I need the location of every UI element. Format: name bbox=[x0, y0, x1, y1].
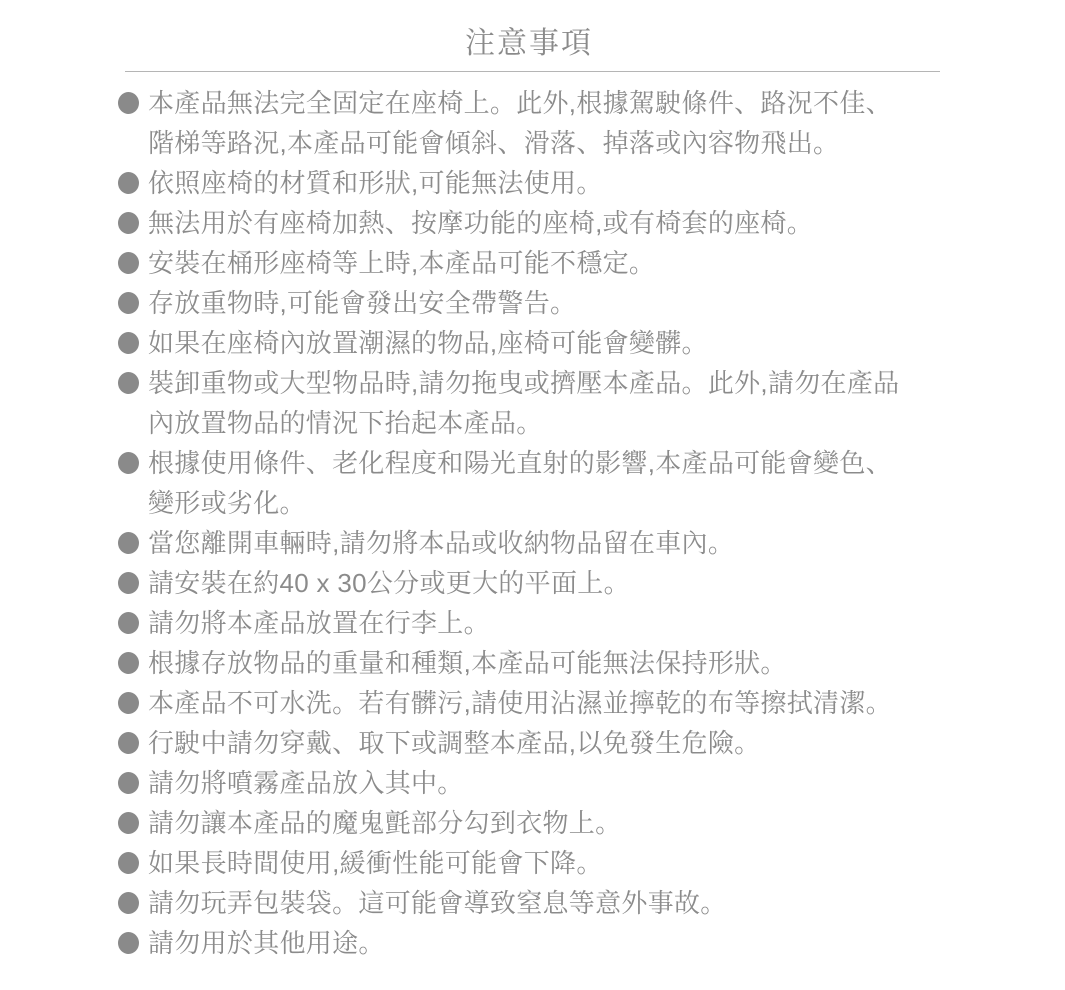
list-item-text: 根據存放物品的重量和種類,本產品可能無法保持形狀。 bbox=[148, 643, 913, 683]
bullet-icon bbox=[118, 523, 148, 563]
list-item-text: 本產品不可水洗。若有髒污,請使用沾濕並擰乾的布等擦拭清潔。 bbox=[148, 683, 913, 723]
title-divider bbox=[125, 71, 940, 72]
list-item-text: 裝卸重物或大型物品時,請勿拖曳或擠壓本產品。此外,請勿在產品內放置物品的情況下抬… bbox=[148, 363, 913, 443]
bullet-icon bbox=[118, 643, 148, 683]
bullet-icon bbox=[118, 723, 148, 763]
list-item-text: 請勿將本產品放置在行李上。 bbox=[148, 603, 913, 643]
list-item-text: 行駛中請勿穿戴、取下或調整本產品,以免發生危險。 bbox=[148, 723, 913, 763]
list-item: 請勿玩弄包裝袋。這可能會導致窒息等意外事故。 bbox=[118, 883, 913, 923]
list-item: 本產品無法完全固定在座椅上。此外,根據駕駛條件、路況不佳、階梯等路況,本產品可能… bbox=[118, 83, 913, 163]
bullet-icon bbox=[118, 443, 148, 483]
bullet-icon bbox=[118, 883, 148, 923]
list-item-text: 請勿讓本產品的魔鬼氈部分勾到衣物上。 bbox=[148, 803, 913, 843]
bullet-icon bbox=[118, 763, 148, 803]
list-item: 請勿用於其他用途。 bbox=[118, 923, 913, 963]
list-item: 請勿讓本產品的魔鬼氈部分勾到衣物上。 bbox=[118, 803, 913, 843]
bullet-icon bbox=[118, 683, 148, 723]
precautions-list: 本產品無法完全固定在座椅上。此外,根據駕駛條件、路況不佳、階梯等路況,本產品可能… bbox=[118, 83, 913, 963]
bullet-icon bbox=[118, 283, 148, 323]
list-item-text: 請勿用於其他用途。 bbox=[148, 923, 913, 963]
list-item: 依照座椅的材質和形狀,可能無法使用。 bbox=[118, 163, 913, 203]
list-item-text: 根據使用條件、老化程度和陽光直射的影響,本產品可能會變色、變形或劣化。 bbox=[148, 443, 913, 523]
bullet-icon bbox=[118, 923, 148, 963]
precautions-page: 注意事項 本產品無法完全固定在座椅上。此外,根據駕駛條件、路況不佳、階梯等路況,… bbox=[0, 0, 1065, 963]
list-item: 本產品不可水洗。若有髒污,請使用沾濕並擰乾的布等擦拭清潔。 bbox=[118, 683, 913, 723]
bullet-icon bbox=[118, 563, 148, 603]
bullet-icon bbox=[118, 203, 148, 243]
list-item: 根據存放物品的重量和種類,本產品可能無法保持形狀。 bbox=[118, 643, 913, 683]
list-item-text: 請勿玩弄包裝袋。這可能會導致窒息等意外事故。 bbox=[148, 883, 913, 923]
list-item: 無法用於有座椅加熱、按摩功能的座椅,或有椅套的座椅。 bbox=[118, 203, 913, 243]
list-item-text: 安裝在桶形座椅等上時,本產品可能不穩定。 bbox=[148, 243, 913, 283]
bullet-icon bbox=[118, 843, 148, 883]
list-item: 根據使用條件、老化程度和陽光直射的影響,本產品可能會變色、變形或劣化。 bbox=[118, 443, 913, 523]
bullet-icon bbox=[118, 83, 148, 123]
list-item: 存放重物時,可能會發出安全帶警告。 bbox=[118, 283, 913, 323]
list-item: 請勿將本產品放置在行李上。 bbox=[118, 603, 913, 643]
bullet-icon bbox=[118, 323, 148, 363]
list-item: 請勿將噴霧產品放入其中。 bbox=[118, 763, 913, 803]
list-item: 安裝在桶形座椅等上時,本產品可能不穩定。 bbox=[118, 243, 913, 283]
list-item-text: 無法用於有座椅加熱、按摩功能的座椅,或有椅套的座椅。 bbox=[148, 203, 913, 243]
list-item-text: 本產品無法完全固定在座椅上。此外,根據駕駛條件、路況不佳、階梯等路況,本產品可能… bbox=[148, 83, 913, 163]
page-title: 注意事項 bbox=[118, 26, 940, 62]
list-item-text: 如果長時間使用,緩衝性能可能會下降。 bbox=[148, 843, 913, 883]
list-item-text: 當您離開車輛時,請勿將本品或收納物品留在車內。 bbox=[148, 523, 913, 563]
bullet-icon bbox=[118, 243, 148, 283]
bullet-icon bbox=[118, 803, 148, 843]
list-item: 如果長時間使用,緩衝性能可能會下降。 bbox=[118, 843, 913, 883]
list-item-text: 請安裝在約40 x 30公分或更大的平面上。 bbox=[148, 563, 913, 603]
list-item-text: 如果在座椅內放置潮濕的物品,座椅可能會變髒。 bbox=[148, 323, 913, 363]
list-item: 請安裝在約40 x 30公分或更大的平面上。 bbox=[118, 563, 913, 603]
list-item: 行駛中請勿穿戴、取下或調整本產品,以免發生危險。 bbox=[118, 723, 913, 763]
list-item-text: 請勿將噴霧產品放入其中。 bbox=[148, 763, 913, 803]
list-item: 裝卸重物或大型物品時,請勿拖曳或擠壓本產品。此外,請勿在產品內放置物品的情況下抬… bbox=[118, 363, 913, 443]
list-item: 如果在座椅內放置潮濕的物品,座椅可能會變髒。 bbox=[118, 323, 913, 363]
list-item: 當您離開車輛時,請勿將本品或收納物品留在車內。 bbox=[118, 523, 913, 563]
bullet-icon bbox=[118, 163, 148, 203]
list-item-text: 依照座椅的材質和形狀,可能無法使用。 bbox=[148, 163, 913, 203]
bullet-icon bbox=[118, 363, 148, 403]
list-item-text: 存放重物時,可能會發出安全帶警告。 bbox=[148, 283, 913, 323]
bullet-icon bbox=[118, 603, 148, 643]
